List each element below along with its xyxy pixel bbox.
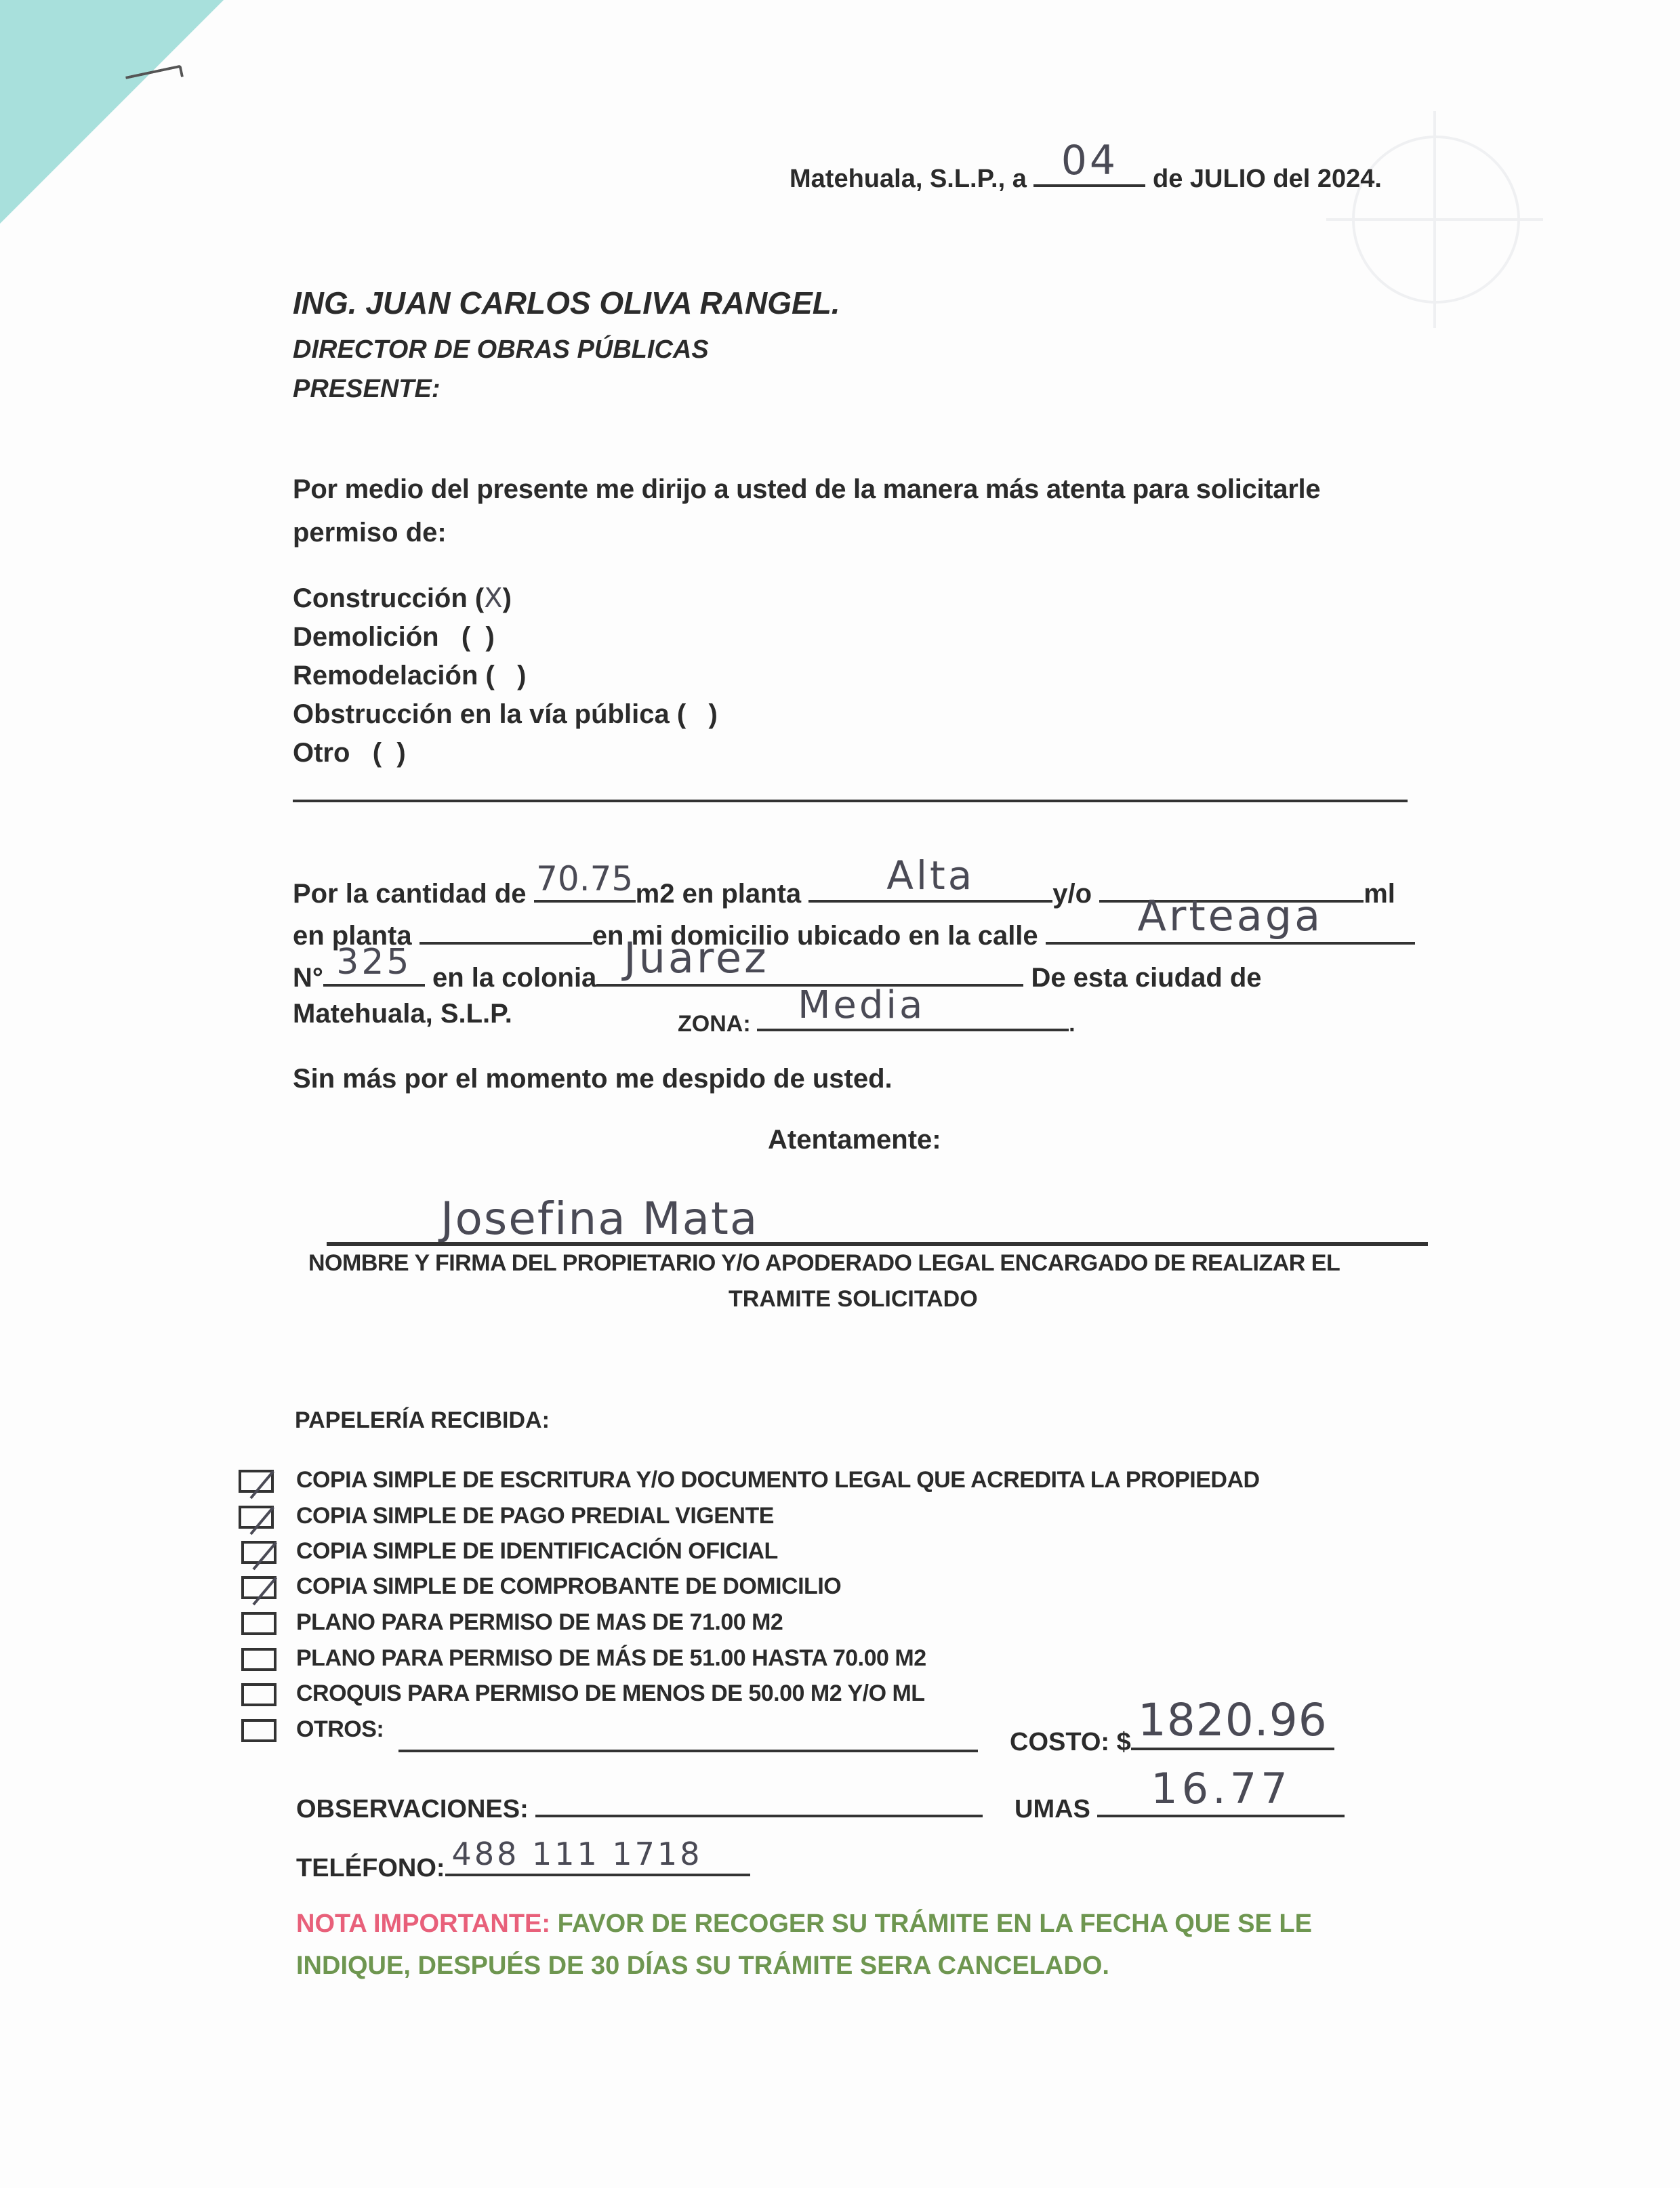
date-line: Matehuala, S.L.P., a 04 de JULIO del 202… [790, 157, 1382, 194]
paperwork-checkbox[interactable] [241, 1683, 276, 1706]
place-prefix: Matehuala, S.L.P., a [790, 165, 1027, 193]
paperwork-checkbox[interactable] [241, 1719, 276, 1742]
umas-field[interactable]: 16.77 [1097, 1788, 1345, 1817]
note-label: NOTA IMPORTANTE: [296, 1910, 550, 1938]
floor2-field[interactable] [419, 915, 592, 945]
permit-type-obstruccion[interactable]: Obstrucción en la vía pública ( ) [293, 695, 718, 734]
details-city: Matehuala, S.L.P. [293, 999, 512, 1029]
day-value: 04 [1033, 137, 1145, 184]
paperwork-item-label: PLANO PARA PERMISO DE MAS DE 71.00 M2 [296, 1609, 783, 1636]
recipient-name: ING. JUAN CARLOS OLIVA RANGEL. [293, 285, 840, 321]
paperwork-checkbox[interactable] [241, 1612, 276, 1635]
permit-type-construccion[interactable]: Construcción (X) [293, 579, 718, 618]
paperwork-item-label: COPIA SIMPLE DE IDENTIFICACIÓN OFICIAL [296, 1538, 778, 1565]
paperwork-checkbox[interactable] [241, 1648, 276, 1671]
intro-line-1: Por medio del presente me dirijo a usted… [293, 474, 1320, 505]
permit-type-list: Construcción (X) Demolición ( ) Remodela… [293, 579, 718, 772]
signature-caption-2: TRAMITE SOLICITADO [729, 1286, 978, 1313]
paperwork-item-label: COPIA SIMPLE DE PAGO PREDIAL VIGENTE [296, 1503, 774, 1529]
paperwork-checkbox[interactable] [241, 1541, 276, 1564]
zone-field[interactable]: Media [757, 1003, 1069, 1031]
paperwork-item-label: OTROS: [296, 1716, 384, 1743]
colony-field[interactable]: Juarez [596, 957, 1023, 987]
paperwork-item-label: PLANO PARA PERMISO DE MÁS DE 51.00 HASTA… [296, 1645, 926, 1672]
cost-row: COSTO: $1820.96 [1010, 1718, 1334, 1757]
paperwork-item-label: COPIA SIMPLE DE ESCRITURA Y/O DOCUMENTO … [296, 1467, 1260, 1493]
permit-mark: X [484, 583, 502, 614]
signature: Josefina Mata [441, 1193, 758, 1245]
note-line-1: NOTA IMPORTANTE: FAVOR DE RECOGER SU TRÁ… [296, 1910, 1312, 1939]
paperwork-checkbox[interactable] [239, 1470, 274, 1493]
permit-type-otro[interactable]: Otro ( ) [293, 734, 718, 772]
recipient-title: DIRECTOR DE OBRAS PÚBLICAS [293, 335, 709, 365]
number-field[interactable]: 325 [323, 957, 425, 987]
paperwork-title: PAPELERÍA RECIBIDA: [295, 1407, 550, 1434]
floor-field[interactable]: Alta [808, 873, 1052, 903]
date-suffix: de JULIO del 2024. [1153, 165, 1382, 193]
farewell: Sin más por el momento me despido de ust… [293, 1064, 893, 1094]
others-line[interactable] [398, 1750, 978, 1752]
signature-caption-1: NOMBRE Y FIRMA DEL PROPIETARIO Y/O APODE… [308, 1250, 1340, 1277]
day-field[interactable]: 04 [1033, 157, 1145, 187]
quantity-field[interactable]: 70.75 [534, 873, 636, 903]
signature-line[interactable] [327, 1242, 1428, 1246]
street-field[interactable]: Arteaga [1046, 915, 1415, 945]
umas-row: UMAS 16.77 [1015, 1788, 1345, 1824]
intro-line-2: permiso de: [293, 518, 447, 548]
paperwork-item-label: COPIA SIMPLE DE COMPROBANTE DE DOMICILIO [296, 1573, 841, 1600]
paperwork-item-label: CROQUIS PARA PERMISO DE MENOS DE 50.00 M… [296, 1680, 925, 1707]
recipient-greeting: PRESENTE: [293, 375, 440, 404]
observations-field[interactable] [535, 1788, 983, 1817]
paperwork-checkbox[interactable] [241, 1576, 276, 1599]
note-line-2: INDIQUE, DESPUÉS DE 30 DÍAS SU TRÁMITE S… [296, 1952, 1109, 1981]
folder-corner [0, 0, 224, 224]
observations-row: OBSERVACIONES: [296, 1788, 983, 1824]
section-divider [293, 800, 1408, 802]
permit-type-demolicion[interactable]: Demolición ( ) [293, 618, 718, 657]
phone-field[interactable]: 488 111 1718 [445, 1846, 750, 1876]
phone-row: TELÉFONO:488 111 1718 [296, 1846, 750, 1883]
regards: Atentamente: [768, 1125, 941, 1155]
paperwork-checkbox[interactable] [239, 1506, 274, 1529]
note-text-1: FAVOR DE RECOGER SU TRÁMITE EN LA FECHA … [558, 1910, 1312, 1938]
zone-row: ZONA: Media. [678, 1003, 1075, 1037]
cost-field[interactable]: 1820.96 [1131, 1718, 1334, 1750]
permit-type-remodelacion[interactable]: Remodelación ( ) [293, 657, 718, 695]
